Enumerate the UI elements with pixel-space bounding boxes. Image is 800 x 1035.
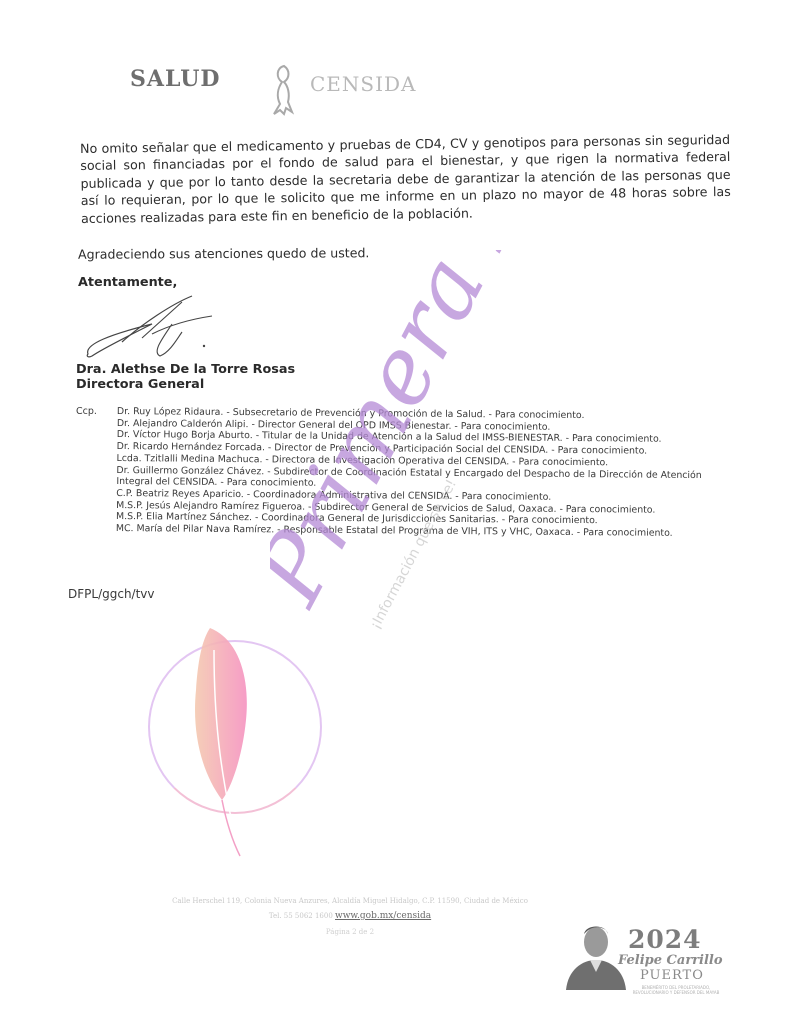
feather-icon (170, 620, 280, 860)
signer-title: Directora General (76, 377, 204, 392)
censida-ribbon-icon (268, 64, 298, 116)
emblem-caption: BENEMÉRITO DEL PROLETARIADO, REVOLUCIONA… (626, 985, 726, 995)
thanks-line: Agradeciendo sus atenciones quedo de ust… (78, 245, 369, 262)
footer-phone: Tel. 55 5062 1600 (269, 912, 333, 920)
emblem-name-line2: PUERTO (640, 968, 704, 983)
footer-url-link[interactable]: www.gob.mx/censida (335, 911, 431, 921)
body-paragraph: No omito señalar que el medicamento y pr… (80, 131, 731, 227)
signer-name: Dra. Alethse De la Torre Rosas (76, 362, 295, 377)
footer-page: Página 2 de 2 (140, 928, 560, 936)
footer-address: Calle Herschel 119, Colonia Nueva Anzure… (140, 897, 560, 905)
signature (82, 294, 222, 364)
salud-logo: SALUD (130, 66, 221, 92)
emblem-name-line1: Felipe Carrillo (618, 953, 723, 968)
closing-line: Atentamente, (78, 275, 177, 290)
censida-logo: CENSIDA (310, 72, 416, 96)
ccp-label: Ccp. (76, 406, 97, 417)
ccp-list: Dr. Ruy López Ridaura. - Subsecretario d… (116, 406, 727, 540)
emblem-year: 2024 (628, 925, 702, 954)
footer-contact: Tel. 55 5062 1600 www.gob.mx/censida (140, 911, 560, 921)
reference-initials: DFPL/ggch/tvv (68, 587, 155, 601)
